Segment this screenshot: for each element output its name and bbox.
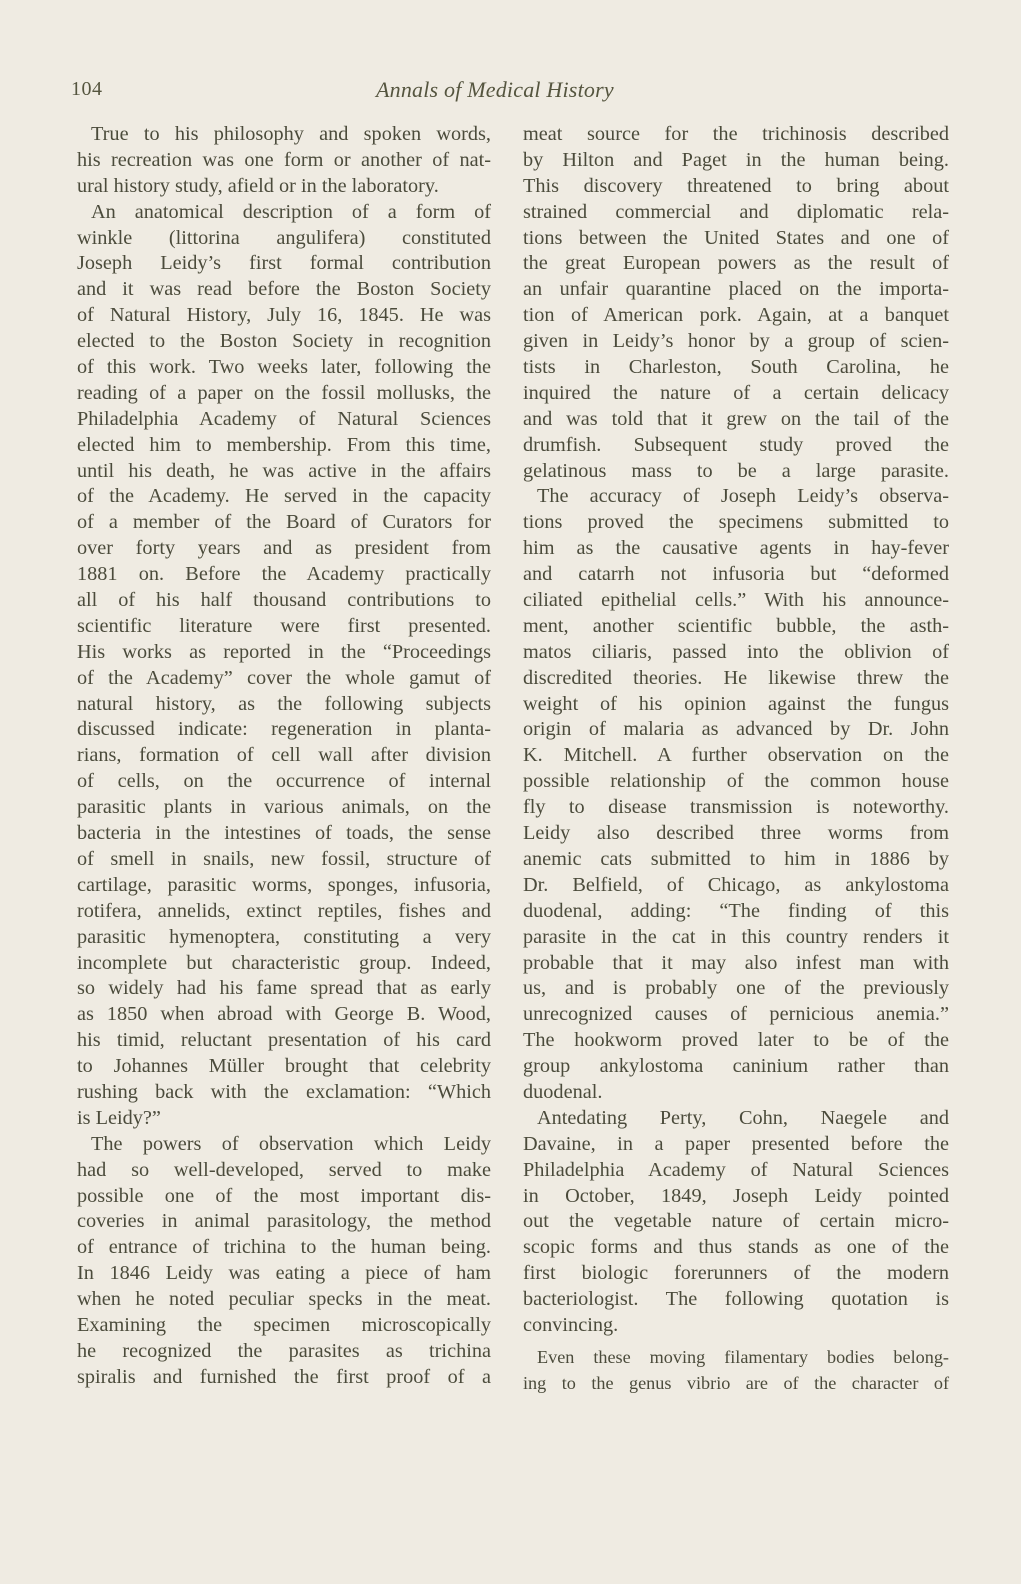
text-line: of the Academy. He served in the capacit… xyxy=(77,484,491,510)
text-line: rotifera, annelids, extinct reptiles, fi… xyxy=(77,899,491,925)
text-line: duodenal. xyxy=(523,1080,949,1106)
page-number: 104 xyxy=(71,78,103,101)
text-line: his timid, reluctant presentation of his… xyxy=(77,1028,491,1054)
text-line: tion of American pork. Again, at a banqu… xyxy=(523,303,949,329)
text-line: so widely had his fame spread that as ea… xyxy=(77,976,491,1002)
text-line: reading of a paper on the fossil mollusk… xyxy=(77,381,491,407)
text-line: coveries in animal parasitology, the met… xyxy=(77,1209,491,1235)
text-line: parasitic plants in various animals, on … xyxy=(77,795,491,821)
text-line: ciliated epithelial cells.” With his ann… xyxy=(523,588,949,614)
text-line: 1881 on. Before the Academy practically xyxy=(77,562,491,588)
text-line: cartilage, parasitic worms, sponges, inf… xyxy=(77,873,491,899)
text-line: over forty years and as president from xyxy=(77,536,491,562)
text-line: of a member of the Board of Curators for xyxy=(77,510,491,536)
text-line: incomplete but characteristic group. Ind… xyxy=(77,951,491,977)
text-line: The hookworm proved later to be of the xyxy=(523,1028,949,1054)
text-line: had so well-developed, served to make xyxy=(77,1158,491,1184)
text-line: Davaine, in a paper presented before the xyxy=(523,1132,949,1158)
text-line: Antedating Perty, Cohn, Naegele and xyxy=(523,1106,949,1132)
text-line: of entrance of trichina to the human bei… xyxy=(77,1235,491,1261)
text-line: given in Leidy’s honor by a group of sci… xyxy=(523,329,949,355)
text-line: Philadelphia Academy of Natural Sciences xyxy=(523,1158,949,1184)
text-line: drumfish. Subsequent study proved the xyxy=(523,433,949,459)
text-line: probable that it may also infest man wit… xyxy=(523,951,949,977)
text-line: weight of his opinion against the fungus xyxy=(523,692,949,718)
left-column: True to his philosophy and spoken words,… xyxy=(77,122,491,1391)
text-line: unrecognized causes of pernicious anemia… xyxy=(523,1002,949,1028)
text-line: scopic forms and thus stands as one of t… xyxy=(523,1235,949,1261)
text-line: ment, another scientific bubble, the ast… xyxy=(523,614,949,640)
text-line: possible relationship of the common hous… xyxy=(523,769,949,795)
text-line: all of his half thousand contributions t… xyxy=(77,588,491,614)
text-line: is Leidy?” xyxy=(77,1106,491,1132)
text-line: possible one of the most important dis- xyxy=(77,1184,491,1210)
text-line: In 1846 Leidy was eating a piece of ham xyxy=(77,1261,491,1287)
text-line: The powers of observation which Leidy xyxy=(77,1132,491,1158)
text-line: True to his philosophy and spoken words, xyxy=(77,122,491,148)
text-line: first biologic forerunners of the modern xyxy=(523,1261,949,1287)
text-line: Joseph Leidy’s first formal contribution xyxy=(77,251,491,277)
text-line: out the vegetable nature of certain micr… xyxy=(523,1209,949,1235)
text-line: parasite in the cat in this country rend… xyxy=(523,925,949,951)
running-title: Annals of Medical History xyxy=(376,77,614,103)
text-line: parasitic hymenoptera, constituting a ve… xyxy=(77,925,491,951)
text-line: bacteriologist. The following quotation … xyxy=(523,1287,949,1313)
text-line: Leidy also described three worms from xyxy=(523,821,949,847)
text-line: tions proved the specimens submitted to xyxy=(523,510,949,536)
text-line: anemic cats submitted to him in 1886 by xyxy=(523,847,949,873)
text-line: of cells, on the occurrence of internal xyxy=(77,769,491,795)
text-line: fly to disease transmission is noteworth… xyxy=(523,795,949,821)
text-line: scientific literature were first present… xyxy=(77,614,491,640)
text-line: by Hilton and Paget in the human being. xyxy=(523,148,949,174)
text-line: Philadelphia Academy of Natural Sciences xyxy=(77,407,491,433)
text-line: Examining the specimen microscopically xyxy=(77,1313,491,1339)
text-line: The accuracy of Joseph Leidy’s observa- xyxy=(523,484,949,510)
text-line: inquired the nature of a certain delicac… xyxy=(523,381,949,407)
text-line: his recreation was one form or another o… xyxy=(77,148,491,174)
text-line: of smell in snails, new fossil, structur… xyxy=(77,847,491,873)
text-line: This discovery threatened to bring about xyxy=(523,174,949,200)
text-line: group ankylostoma caninium rather than xyxy=(523,1054,949,1080)
text-line: K. Mitchell. A further observation on th… xyxy=(523,743,949,769)
text-line: discredited theories. He likewise threw … xyxy=(523,666,949,692)
text-line: until his death, he was active in the af… xyxy=(77,459,491,485)
text-line: natural history, as the following subjec… xyxy=(77,692,491,718)
text-line: duodenal, adding: “The finding of this xyxy=(523,899,949,925)
right-column: meat source for the trichinosis describe… xyxy=(523,122,949,1397)
text-line: meat source for the trichinosis describe… xyxy=(523,122,949,148)
text-line: tists in Charleston, South Carolina, he xyxy=(523,355,949,381)
text-line: an unfair quarantine placed on the impor… xyxy=(523,277,949,303)
text-line: elected to the Boston Society in recogni… xyxy=(77,329,491,355)
text-line: him as the causative agents in hay-fever xyxy=(523,536,949,562)
text-line: convincing. xyxy=(523,1313,949,1339)
text-line: in October, 1849, Joseph Leidy pointed xyxy=(523,1184,949,1210)
text-line: and it was read before the Boston Societ… xyxy=(77,277,491,303)
text-line: An anatomical description of a form of xyxy=(77,200,491,226)
text-line: tions between the United States and one … xyxy=(523,226,949,252)
text-line: winkle (littorina angulifera) constitute… xyxy=(77,226,491,252)
text-line: origin of malaria as advanced by Dr. Joh… xyxy=(523,717,949,743)
text-line: elected him to membership. From this tim… xyxy=(77,433,491,459)
text-line: the great European powers as the result … xyxy=(523,251,949,277)
text-line: ural history study, afield or in the lab… xyxy=(77,174,491,200)
text-line: His works as reported in the “Proceeding… xyxy=(77,640,491,666)
text-line: he recognized the parasites as trichina xyxy=(77,1339,491,1365)
quotation-line: Even these moving filamentary bodies bel… xyxy=(523,1345,949,1371)
text-line: to Johannes Müller brought that celebrit… xyxy=(77,1054,491,1080)
text-line: us, and is probably one of the previousl… xyxy=(523,976,949,1002)
text-line: when he noted peculiar specks in the mea… xyxy=(77,1287,491,1313)
text-line: rians, formation of cell wall after divi… xyxy=(77,743,491,769)
text-line: and catarrh not infusoria but “deformed xyxy=(523,562,949,588)
text-line: and was told that it grew on the tail of… xyxy=(523,407,949,433)
block-quotation: Even these moving filamentary bodies bel… xyxy=(523,1345,949,1397)
text-line: of Natural History, July 16, 1845. He wa… xyxy=(77,303,491,329)
text-line: as 1850 when abroad with George B. Wood, xyxy=(77,1002,491,1028)
text-line: matos ciliaris, passed into the oblivion… xyxy=(523,640,949,666)
text-line: of the Academy” cover the whole gamut of xyxy=(77,666,491,692)
text-line: rushing back with the exclamation: “Whic… xyxy=(77,1080,491,1106)
text-line: gelatinous mass to be a large parasite. xyxy=(523,459,949,485)
text-line: Dr. Belfield, of Chicago, as ankylostoma xyxy=(523,873,949,899)
text-line: of this work. Two weeks later, following… xyxy=(77,355,491,381)
text-line: strained commercial and diplomatic rela- xyxy=(523,200,949,226)
text-line: bacteria in the intestines of toads, the… xyxy=(77,821,491,847)
text-line: discussed indicate: regeneration in plan… xyxy=(77,717,491,743)
text-line: spiralis and furnished the first proof o… xyxy=(77,1365,491,1391)
quotation-line: ing to the genus vibrio are of the chara… xyxy=(523,1371,949,1397)
